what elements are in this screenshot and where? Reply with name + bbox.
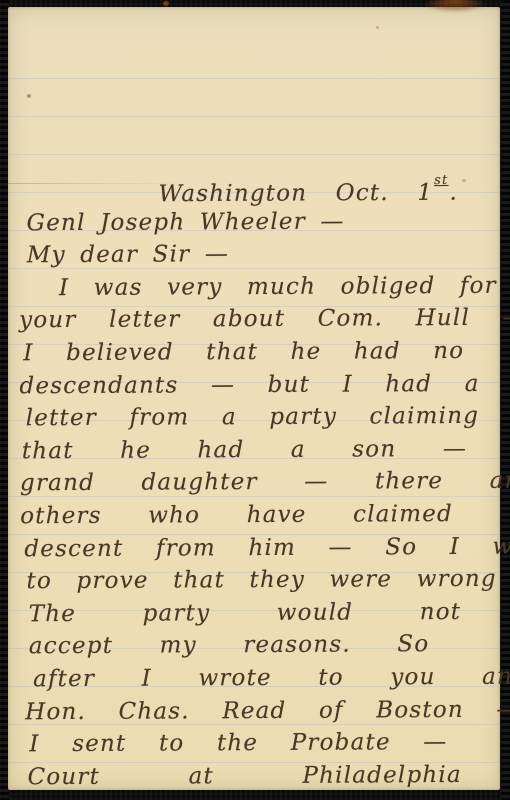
dateline-period: . [449,180,458,206]
rust-speck [163,1,169,6]
letter-line: I sent to the Probate — [29,726,507,761]
letter-line: your letter about Com. Hull — [19,302,505,337]
letter-line: letter from a party claiming [26,400,506,435]
letter-line: to prove that they were wrong — [26,563,506,598]
letter-line-salutation: My dear Sir — [27,237,505,272]
letter-line: others who have claimed [20,498,506,533]
letter-line: I believed that he had no [23,335,505,370]
paper-speck [376,26,379,29]
letter-line: after I wrote to you and [33,661,507,696]
paper-speck [462,179,466,182]
letter-dateline: Washington Oct. 1st. [158,172,504,206]
letter-line: Court at Philadelphia [27,758,507,793]
dateline-place-date: Washington Oct. 1 [158,180,433,207]
letter-line: that he had a son — and [22,432,506,467]
letter-line-recipient: Genl Joseph Wheeler — [27,204,505,239]
paper-speck [27,94,31,98]
letter-line: grand daughter — there are [20,465,506,500]
letter-line: accept my reasons. So [29,628,507,663]
letter-line: descent from him — So I wished [24,530,506,565]
letter-line: The party would not [29,595,507,630]
letter-line: descendants — but I had a [19,367,505,402]
letter-line: Hon. Chas. Read of Boston — [25,693,507,728]
letter-page: Washington Oct. 1st. Genl Joseph Wheeler… [8,7,500,790]
letter-line: I was very much obliged for [59,270,505,305]
handwritten-text: Washington Oct. 1st. Genl Joseph Wheeler… [18,172,507,794]
dateline-ordinal: st [434,173,448,188]
